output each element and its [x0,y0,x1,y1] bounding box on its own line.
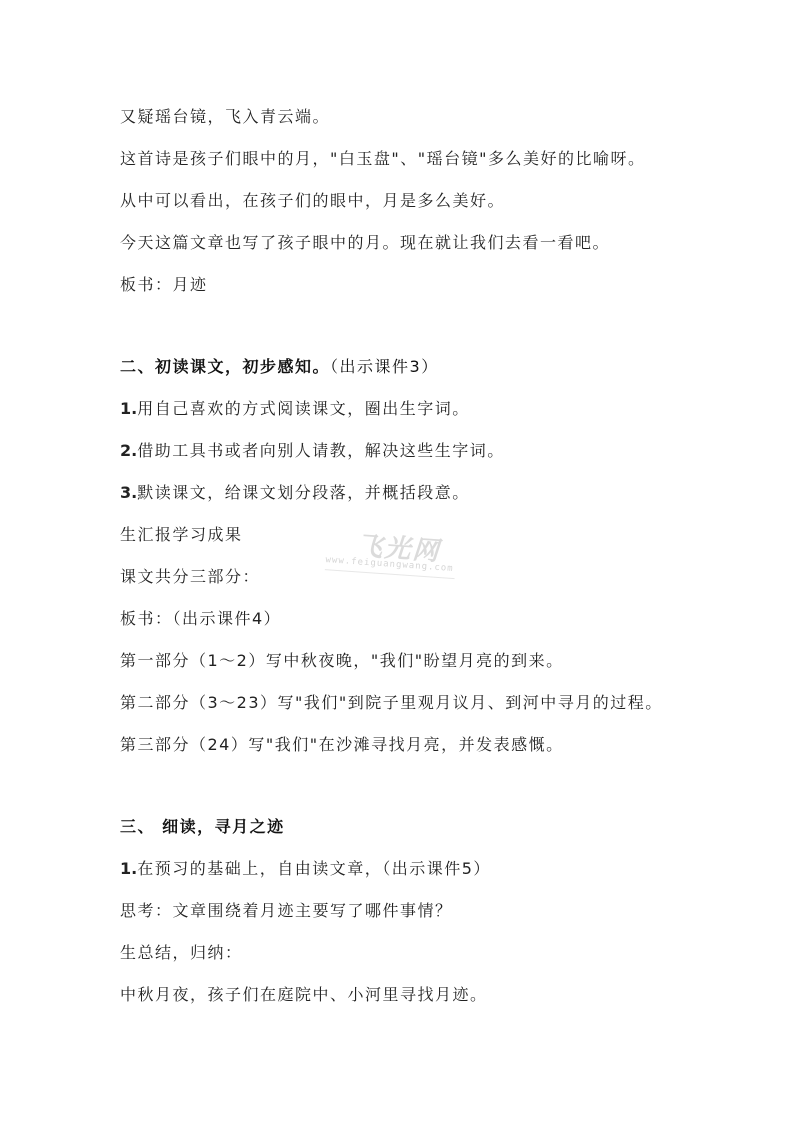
item-number: 1. [120,399,137,418]
intro-paragraph-3: 今天这篇文章也写了孩子眼中的月。现在就让我们去看一看吧。 [120,232,610,254]
section-3-item-1: 1.在预习的基础上，自由读文章，（出示课件5） [120,858,491,880]
part-1: 第一部分（1～2）写中秋夜晚，"我们"盼望月亮的到来。 [120,650,564,672]
poem-line: 又疑瑶台镜，飞入青云端。 [120,106,330,128]
item-text: 默读课文，给课文划分段落，并概括段意。 [137,483,470,502]
section-2-heading-note: （出示课件3） [330,357,439,376]
item-text: 用自己喜欢的方式阅读课文，圈出生字词。 [137,399,470,418]
item-text: 借助工具书或者向别人请教，解决这些生字词。 [137,441,505,460]
section-2-item-3: 3.默读课文，给课文划分段落，并概括段意。 [120,482,470,504]
summary-label: 生总结，归纳： [120,942,243,964]
document-page: 又疑瑶台镜，飞入青云端。 这首诗是孩子们眼中的月，"白玉盘"、"瑶台镜"多么美好… [0,0,793,1122]
section-2-item-2: 2.借助工具书或者向别人请教，解决这些生字词。 [120,440,505,462]
intro-paragraph-1: 这首诗是孩子们眼中的月，"白玉盘"、"瑶台镜"多么美好的比喻呀。 [120,148,645,170]
board-note-2: 板书：（出示课件4） [120,608,281,630]
item-text: 在预习的基础上，自由读文章，（出示课件5） [137,859,491,878]
think-question: 思考：文章围绕着月迹主要写了哪件事情？ [120,900,453,922]
item-number: 1. [120,859,137,878]
parts-intro: 课文共分三部分： [120,566,260,588]
section-3-heading: 三、 细读，寻月之迹 [120,816,285,838]
section-2-heading-text: 二、初读课文，初步感知。 [120,357,330,376]
student-report: 生汇报学习成果 [120,524,243,546]
intro-paragraph-2: 从中可以看出，在孩子们的眼中，月是多么美好。 [120,190,505,212]
board-note-1: 板书：月迹 [120,274,208,296]
watermark: 飞光网 www.feiguangwang.com [324,523,468,589]
section-2-heading: 二、初读课文，初步感知。（出示课件3） [120,356,439,378]
part-3: 第三部分（24）写"我们"在沙滩寻找月亮，并发表感慨。 [120,734,564,756]
part-2: 第二部分（3～23）写"我们"到院子里观月议月、到河中寻月的过程。 [120,692,663,714]
item-number: 3. [120,483,137,502]
summary-text: 中秋月夜，孩子们在庭院中、小河里寻找月迹。 [120,984,488,1006]
section-2-item-1: 1.用自己喜欢的方式阅读课文，圈出生字词。 [120,398,470,420]
item-number: 2. [120,441,137,460]
